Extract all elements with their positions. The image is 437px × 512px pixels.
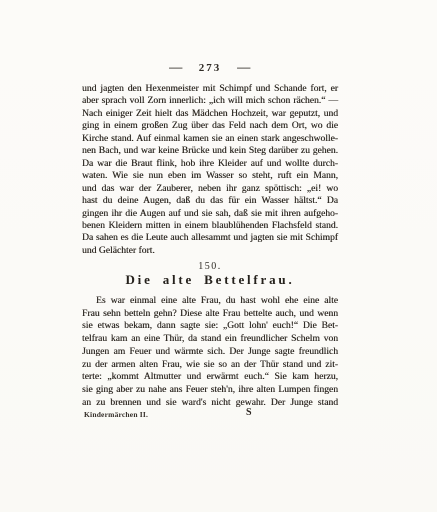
text-line: benen Kleidern mitten in einem blaublühe… <box>82 220 338 232</box>
text-line: ging in einem großen Zug über das Feld n… <box>82 120 338 132</box>
text-line: Es war einmal eine alte Frau, du hast wo… <box>82 295 338 308</box>
text-line: aber sprach voll Zorn innerlich: „ich wi… <box>82 95 338 107</box>
story-paragraph: Es war einmal eine alte Frau, du hast wo… <box>82 295 338 409</box>
header-dash-left: — <box>169 62 182 74</box>
header-dash-right: — <box>237 62 250 74</box>
section-number: 150. <box>82 261 338 272</box>
story-title: Die alte Bettelfrau. <box>82 272 338 288</box>
text-line: Frau sehn betteln gehn? Diese alte Frau … <box>82 308 338 321</box>
text-line: Nach einiger Zeit hielt das Mädchen Hoch… <box>82 108 338 120</box>
volume-label: Kindermärchen II. <box>84 410 148 419</box>
text-line: hast du deine Augen, daß du das für ein … <box>82 195 338 207</box>
book-page: — 273 — und jagten den Hexenmeister mit … <box>0 0 437 512</box>
signature-mark: S <box>246 407 252 418</box>
text-line: an zu brennen und sie ward's nicht gewah… <box>82 397 338 410</box>
text-line: gingen ihr die Augen auf und sie sah, da… <box>82 208 338 220</box>
text-line: Da sahen es die Leute auch allesammt und… <box>82 232 338 244</box>
page-number: 273 <box>199 62 222 74</box>
text-line: sie etwas bekam, dann sagte sie: „Gott l… <box>82 320 338 333</box>
text-line: nen Bach, und war keine Brücke und kein … <box>82 145 338 157</box>
text-line: Jungen am Feuer und wärmte sich. Der Jun… <box>82 346 338 359</box>
text-line: sie ging aber zu nahe ans Feuer steh'n, … <box>82 384 338 397</box>
text-line: zu der armen alten Frau, wie sie so an d… <box>82 359 338 372</box>
text-line: und Gelächter fort. <box>82 245 338 257</box>
page-header: — 273 — <box>82 62 338 74</box>
text-line: terte: „kommt Altmutter und erwärmt euch… <box>82 371 338 384</box>
story-continuation-paragraph: und jagten den Hexenmeister mit Schimpf … <box>82 83 338 257</box>
text-line: waten. Wie sie nun eben im Wasser so ste… <box>82 170 338 182</box>
text-line: Da war die Braut flink, hob ihre Kleider… <box>82 158 338 170</box>
text-line: und das war der Zauberer, neben ihr ganz… <box>82 183 338 195</box>
text-line: telfrau kam an eine Thür, da stand ein f… <box>82 333 338 346</box>
text-line: und jagten den Hexenmeister mit Schimpf … <box>82 83 338 95</box>
text-line: Kirche stand. Auf einmal kamen sie an ei… <box>82 133 338 145</box>
